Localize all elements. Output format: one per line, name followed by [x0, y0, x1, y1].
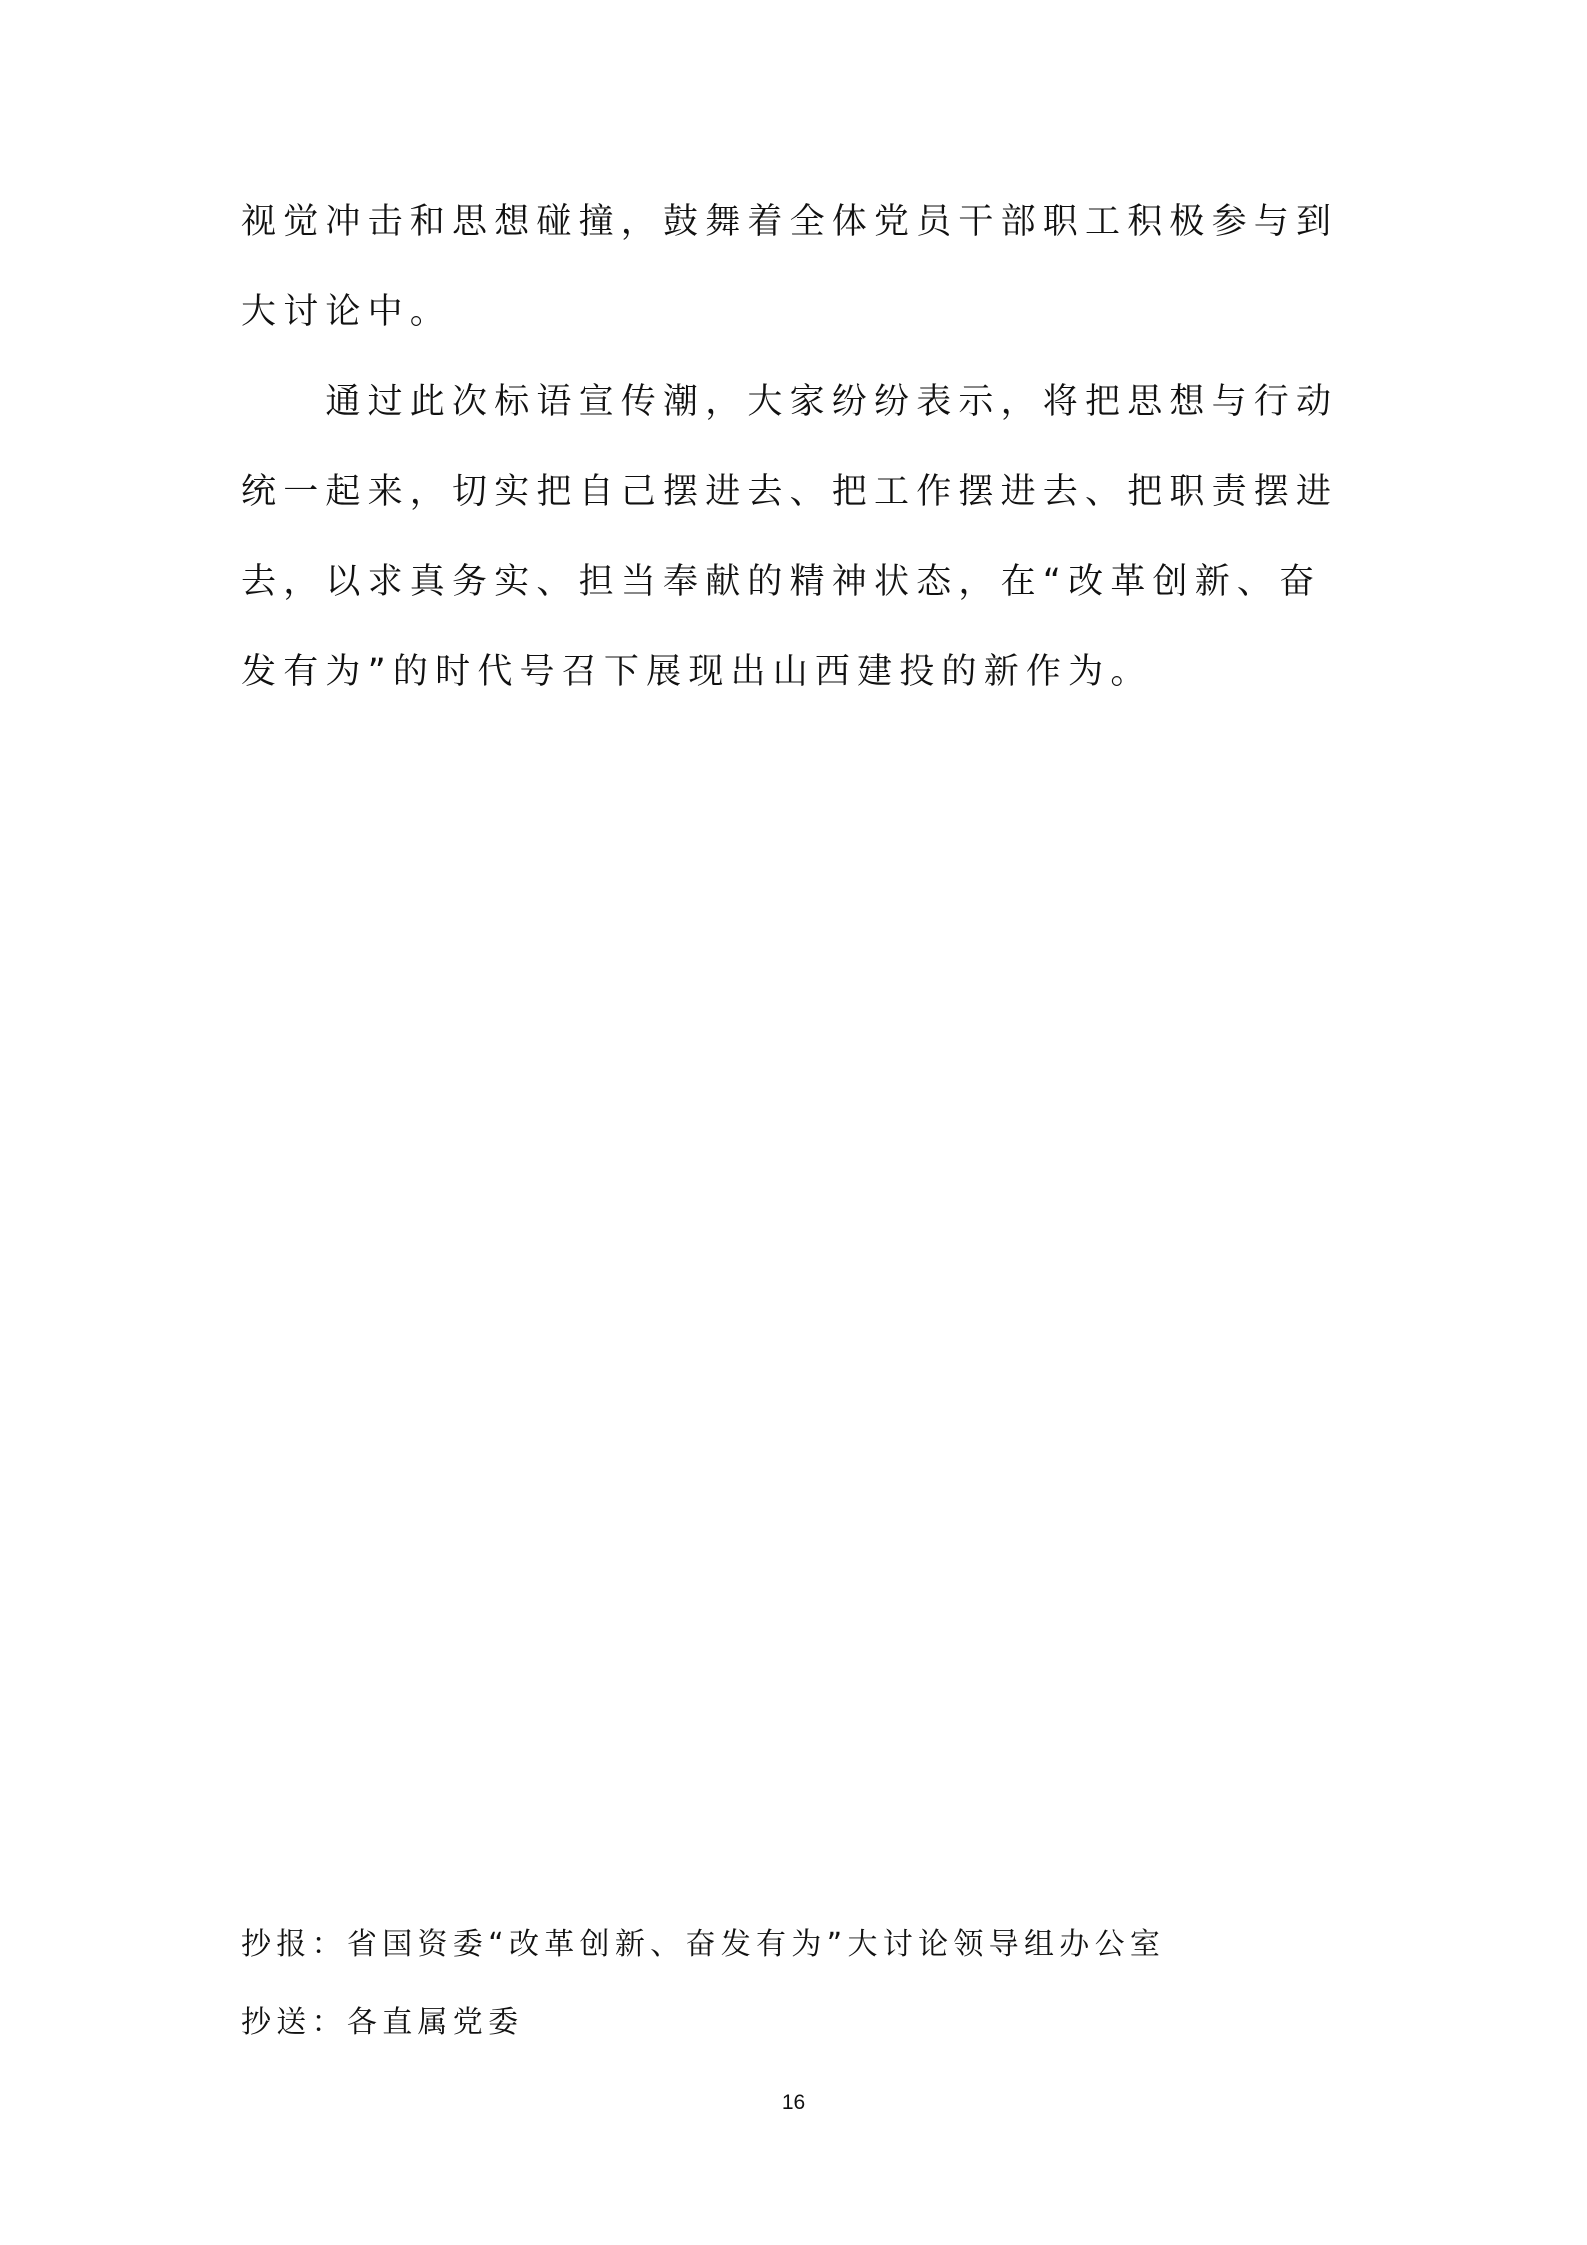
- paragraph-2-line-1: 通过此次标语宣传潮，大家纷纷表示，将把思想与行动: [241, 385, 1338, 420]
- report-to-line: 抄报：省国资委“改革创新、奋发有为”大讨论领导组办公室: [241, 1930, 1165, 1960]
- paragraph-1-line-2: 大讨论中。: [241, 295, 452, 330]
- copy-to-line: 抄送：各直属党委: [241, 2008, 523, 2038]
- page-number: 16: [0, 2092, 1587, 2113]
- paragraph-2-line-2: 统一起来，切实把自己摆进去、把工作摆进去、把职责摆进: [241, 475, 1338, 510]
- document-page: 视觉冲击和思想碰撞，鼓舞着全体党员干部职工积极参与到 大讨论中。 通过此次标语宣…: [0, 0, 1587, 2245]
- paragraph-2-line-3: 去，以求真务实、担当奉献的精神状态，在“改革创新、奋: [241, 565, 1321, 600]
- paragraph-2-line-4: 发有为”的时代号召下展现出山西建投的新作为。: [241, 655, 1153, 690]
- paragraph-1-line-1: 视觉冲击和思想碰撞，鼓舞着全体党员干部职工积极参与到: [241, 205, 1338, 240]
